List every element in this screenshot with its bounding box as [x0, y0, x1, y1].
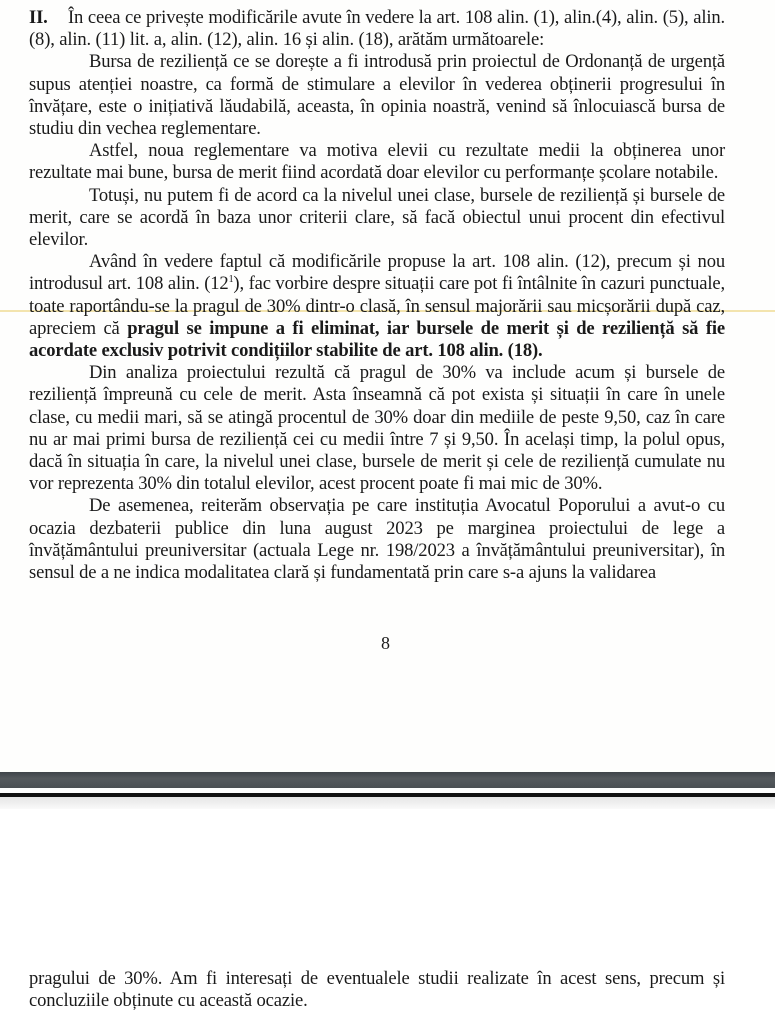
- paragraph-resilience-scholarship: Bursa de reziliență ce se dorește a fi i…: [29, 51, 725, 140]
- page-separator-shadow: [0, 797, 775, 809]
- paragraph-reiteration: De asemenea, reiterăm observația pe care…: [29, 495, 725, 584]
- page-separator-bar: [0, 772, 775, 788]
- paragraph-section-heading: II.În ceea ce privește modificările avut…: [29, 7, 725, 51]
- paragraph-analysis: Din analiza proiectului rezultă că pragu…: [29, 362, 725, 495]
- page-9-body: pragului de 30%. Am fi interesați de eve…: [29, 968, 725, 1012]
- paragraph-continuation: pragului de 30%. Am fi interesați de eve…: [29, 968, 725, 1012]
- section-label: II.: [29, 7, 68, 29]
- page-number: 8: [0, 633, 773, 654]
- paragraph-new-regulation: Astfel, noua reglementare va motiva elev…: [29, 140, 725, 184]
- bold-conclusion: pragul se impune a fi eliminat, iar burs…: [29, 318, 725, 361]
- page-8-body: II.În ceea ce privește modificările avut…: [29, 7, 725, 584]
- paragraph-threshold-proposal: Având în vedere faptul că modificările p…: [29, 251, 725, 362]
- paragraph-text: În ceea ce privește modificările avute î…: [29, 7, 725, 50]
- paragraph-disagreement: Totuși, nu putem fi de acord ca la nivel…: [29, 185, 725, 252]
